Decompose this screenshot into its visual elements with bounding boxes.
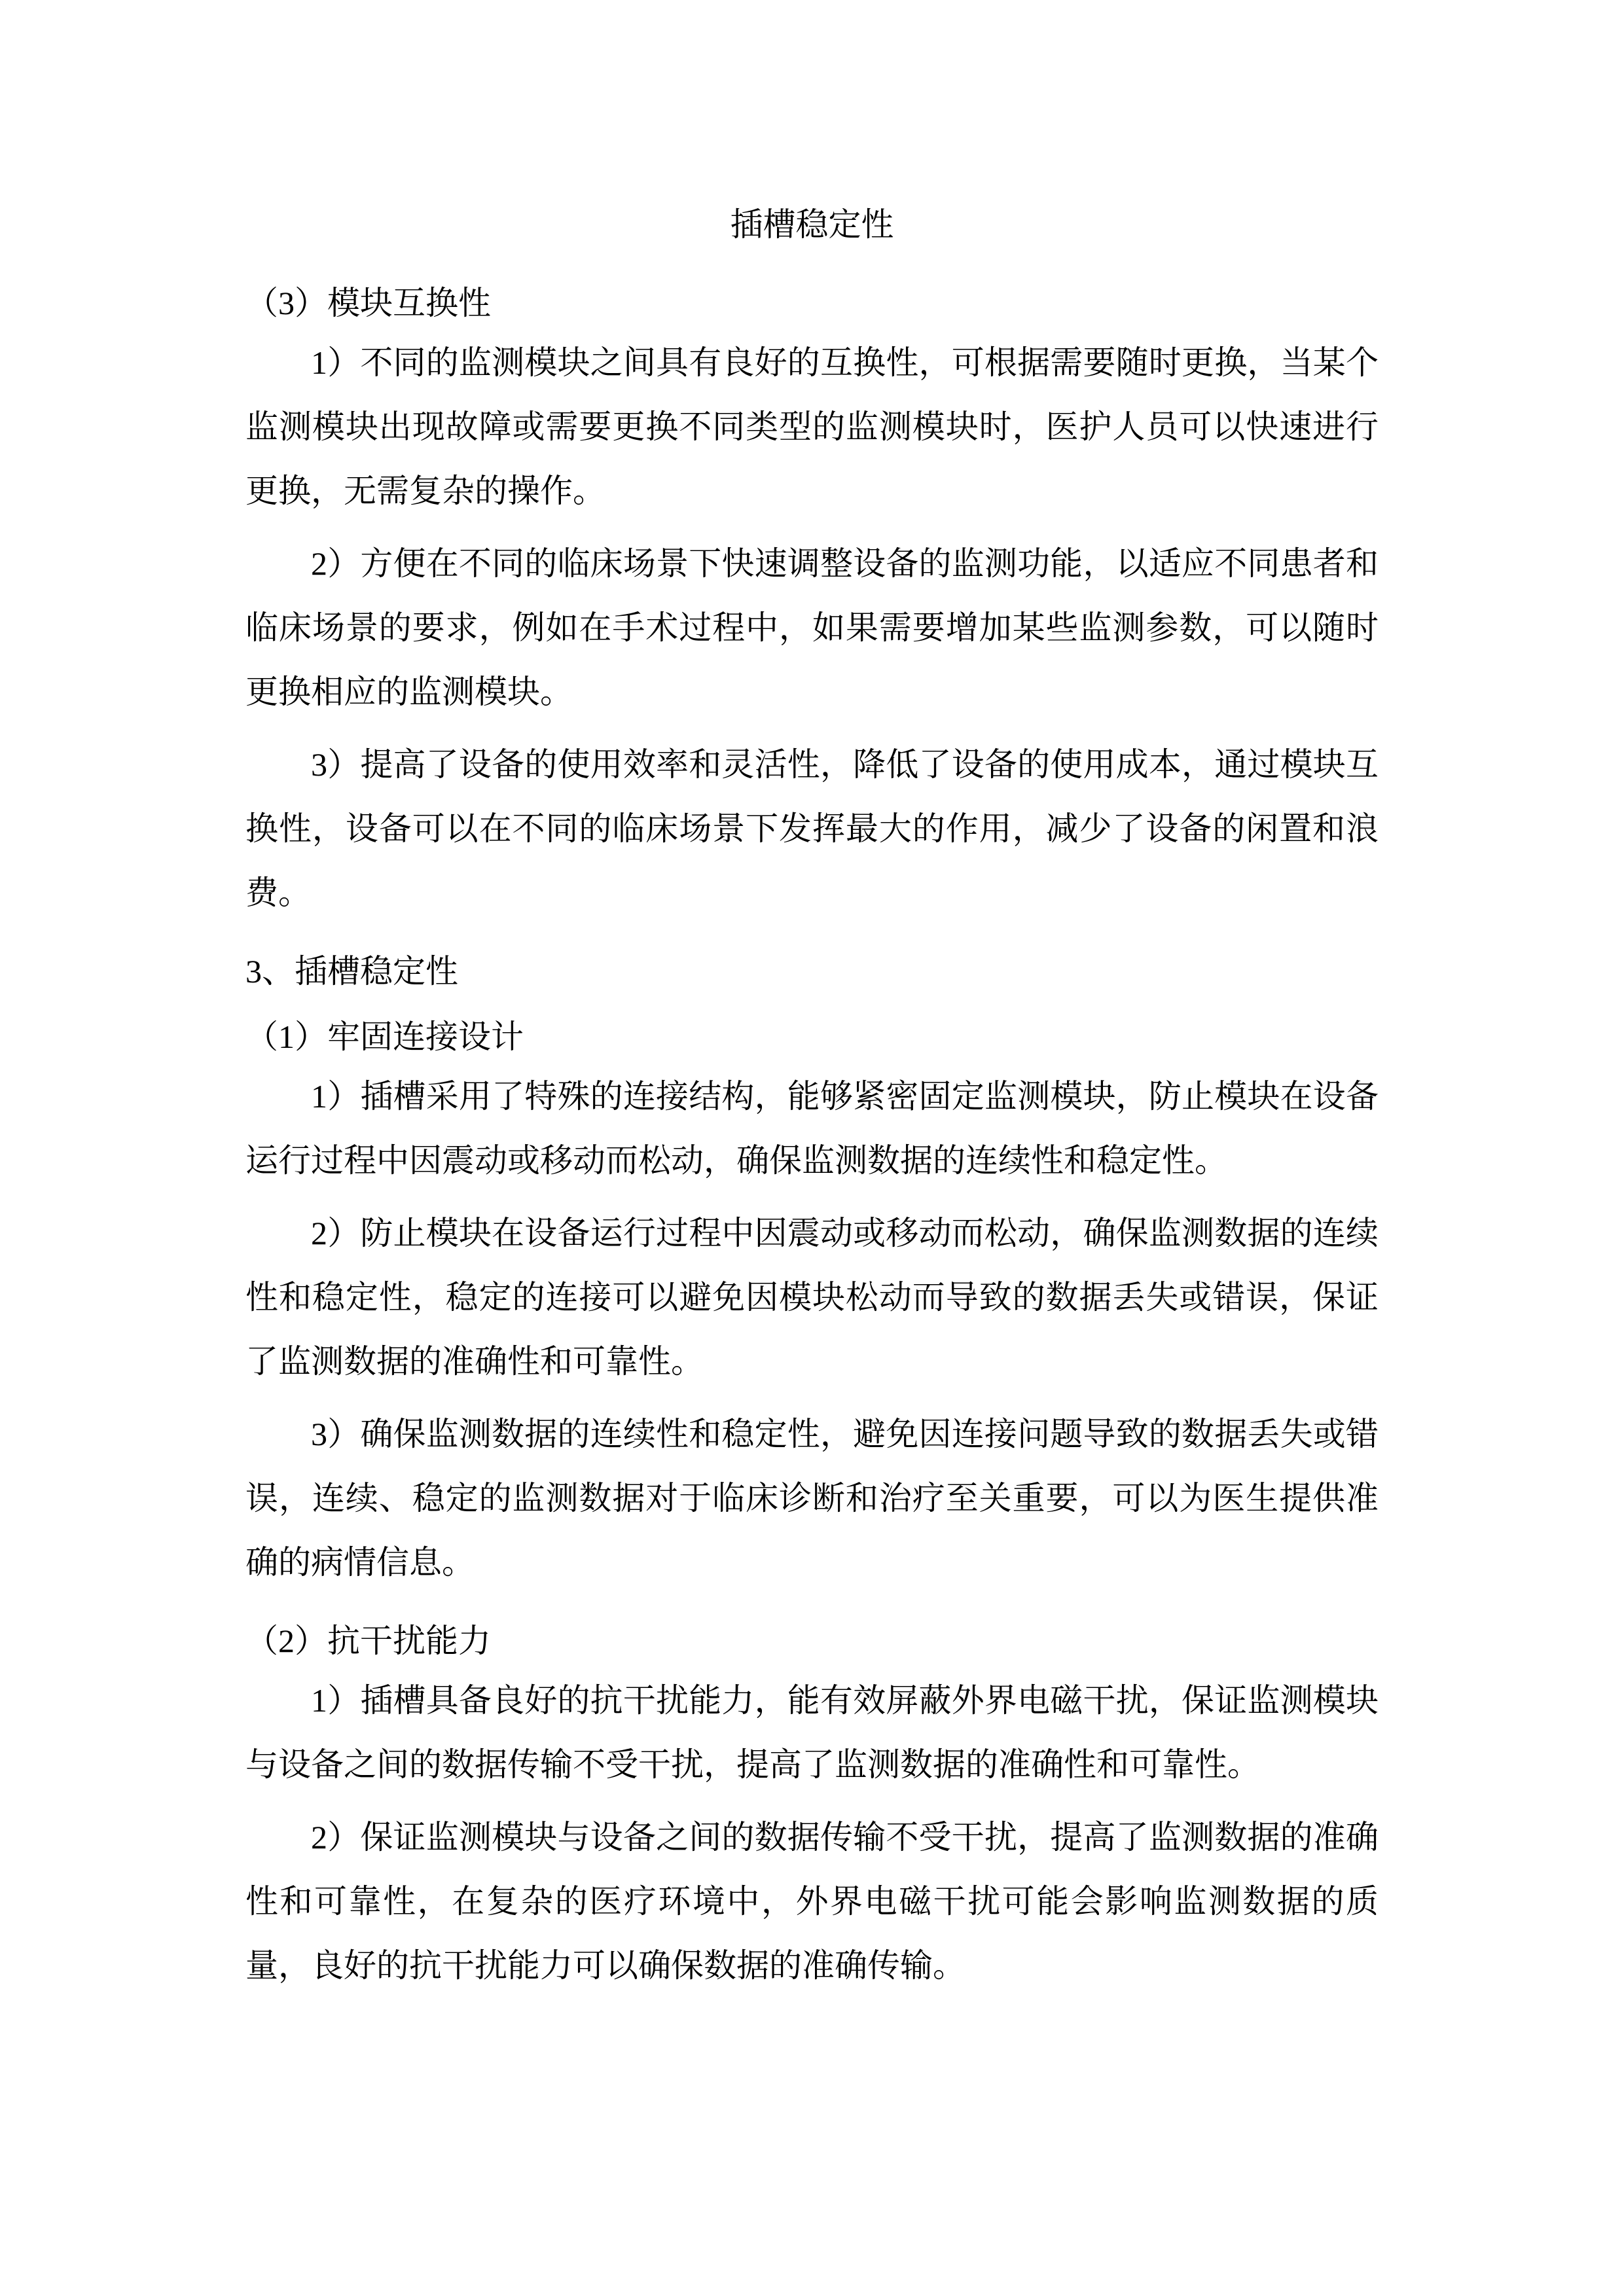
section-heading: （3）模块互换性 [245, 271, 1379, 335]
section-heading: 3、插槽稳定性 [245, 939, 1379, 1003]
body-paragraph: 1）插槽采用了特殊的连接结构，能够紧密固定监测模块，防止模块在设备运行过程中因震… [245, 1064, 1379, 1193]
body-paragraph: 1）插槽具备良好的抗干扰能力，能有效屏蔽外界电磁干扰，保证监测模块与设备之间的数… [245, 1668, 1379, 1797]
body-paragraph: 3）确保监测数据的连续性和稳定性，避免因连接问题导致的数据丢失或错误，连续、稳定… [245, 1402, 1379, 1594]
body-paragraph: 2）保证监测模块与设备之间的数据传输不受干扰，提高了监测数据的准确性和可靠性，在… [245, 1805, 1379, 1998]
section-heading: （1）牢固连接设计 [245, 1005, 1379, 1069]
body-paragraph: 2）防止模块在设备运行过程中因震动或移动而松动，确保监测数据的连续性和稳定性，稳… [245, 1201, 1379, 1393]
body-paragraph: 3）提高了设备的使用效率和灵活性，降低了设备的使用成本，通过模块互换性，设备可以… [245, 732, 1379, 925]
body-paragraph: 2）方便在不同的临床场景下快速调整设备的监测功能，以适应不同患者和临床场景的要求… [245, 531, 1379, 724]
document-body: （3）模块互换性1）不同的监测模块之间具有良好的互换性，可根据需要随时更换，当某… [245, 271, 1379, 1998]
document-page: 插槽稳定性 （3）模块互换性1）不同的监测模块之间具有良好的互换性，可根据需要随… [0, 0, 1624, 2296]
document-title: 插槽稳定性 [245, 192, 1379, 257]
section-heading: （2）抗干扰能力 [245, 1609, 1379, 1673]
body-paragraph: 1）不同的监测模块之间具有良好的互换性，可根据需要随时更换，当某个监测模块出现故… [245, 331, 1379, 523]
